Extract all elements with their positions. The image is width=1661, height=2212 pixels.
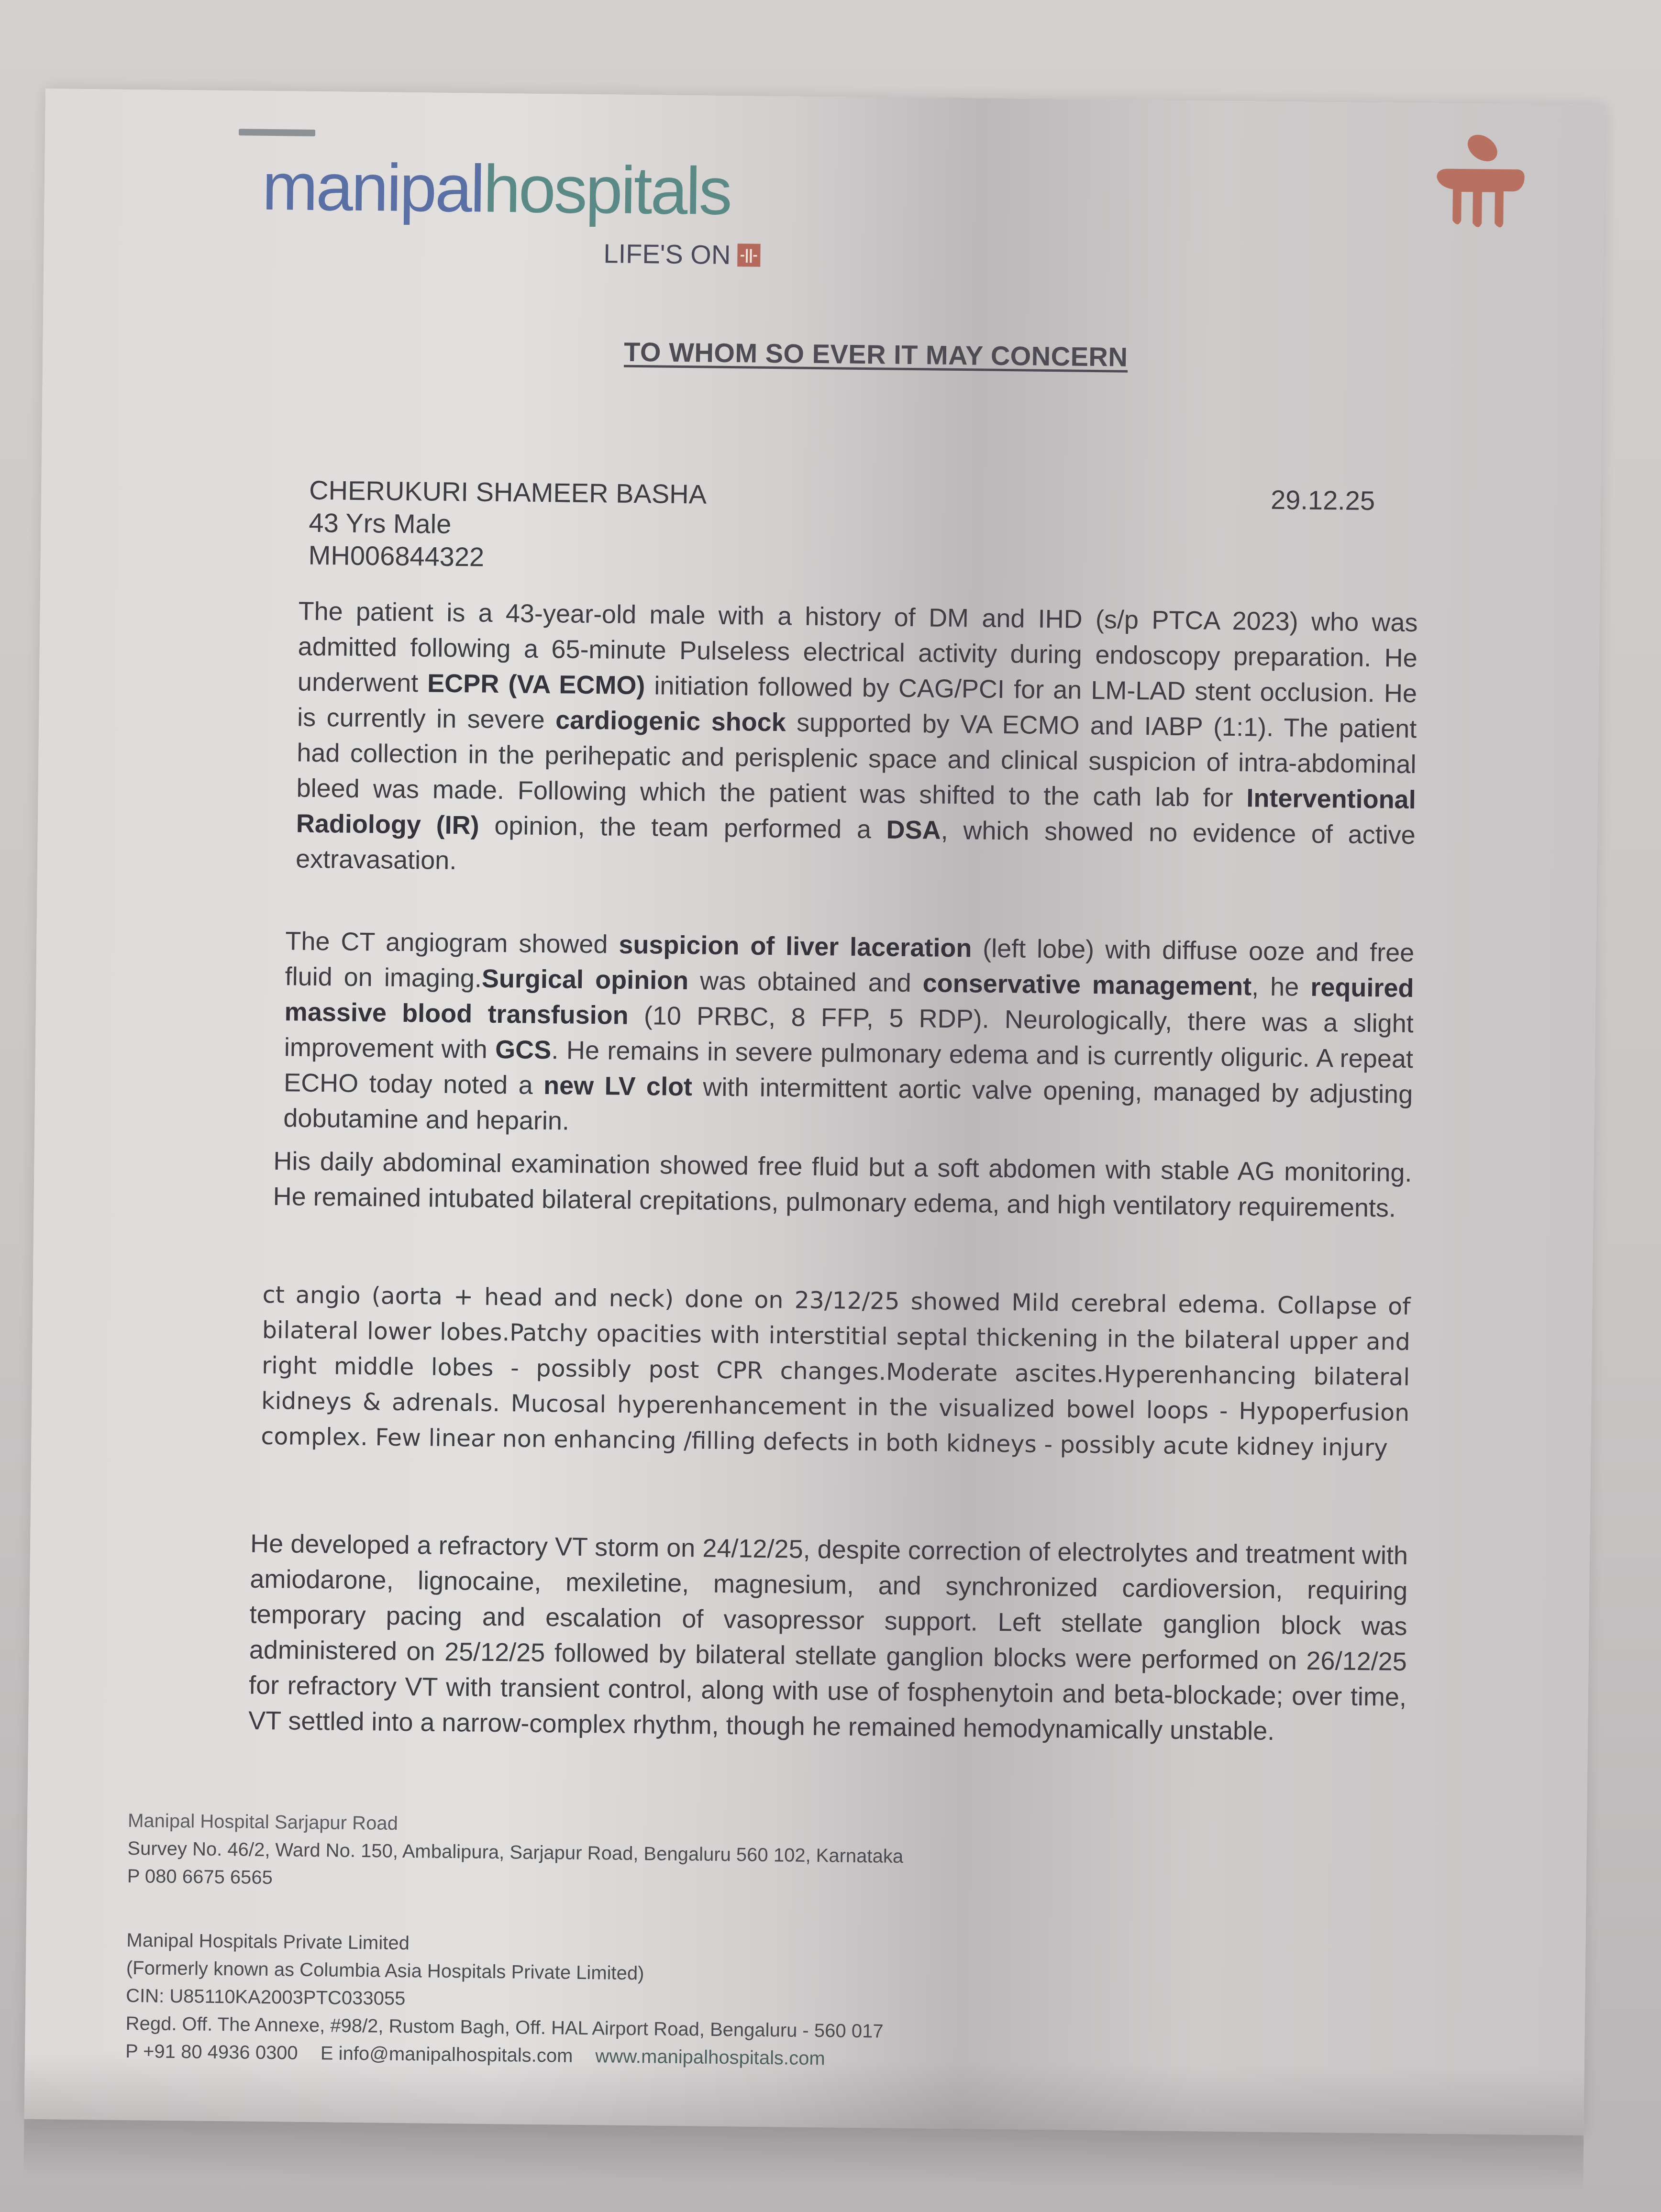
paragraph-abdominal-exam: His daily abdominal examination showed f… <box>273 1143 1412 1226</box>
patient-id: MH006844322 <box>308 539 706 576</box>
logo-accent-bar <box>239 129 315 136</box>
brand-wordmark-part2: hospitals <box>483 151 731 229</box>
body-text: was obtained and <box>688 966 923 997</box>
paragraph-ct-angio-findings: ct angio (aorta + head and neck) done on… <box>261 1277 1411 1466</box>
company-email-link[interactable]: E info@manipalhospitals.com <box>321 2043 573 2067</box>
brand-tagline: LIFE'S ON -||- <box>603 238 761 270</box>
emphasis-text: ECPR (VA ECMO) <box>427 669 645 700</box>
emphasis-text: DSA <box>886 815 941 844</box>
emphasis-text: GCS <box>495 1035 552 1064</box>
heartbeat-badge-icon: -||- <box>737 243 761 267</box>
body-text: opinion, the team performed a <box>479 811 886 844</box>
emphasis-text: cardiogenic shock <box>555 706 786 737</box>
letter-page: manipalhospitals LIFE'S ON -||- TO WHOM … <box>24 88 1605 2135</box>
patient-details: CHERUKURI SHAMEER BASHA 43 Yrs Male MH00… <box>308 474 707 576</box>
emphasis-text: new LV clot <box>543 1071 692 1101</box>
patient-name: CHERUKURI SHAMEER BASHA <box>309 474 707 511</box>
emphasis-text: suspicion of liver laceration <box>619 930 972 963</box>
company-phone: P +91 80 4936 0300 <box>125 2041 298 2064</box>
body-text: , he <box>1251 973 1311 1002</box>
tagline-text: LIFE'S ON <box>603 238 731 270</box>
letter-date: 29.12.25 <box>1271 484 1375 516</box>
body-text: His daily abdominal examination showed f… <box>273 1147 1412 1223</box>
letter-heading: TO WHOM SO EVER IT MAY CONCERN <box>624 336 1128 373</box>
brand-wordmark: manipalhospitals <box>262 153 731 225</box>
body-text: He developed a refractory VT storm on 24… <box>248 1529 1408 1746</box>
patient-age-sex: 43 Yrs Male <box>309 507 706 543</box>
footer-branch-address: Manipal Hospital Sarjapur Road Survey No… <box>127 1807 904 1898</box>
paragraph-clinical-summary: The patient is a 43-year-old male with a… <box>296 594 1418 888</box>
manipal-emblem-icon <box>1422 124 1533 235</box>
emphasis-text: conservative management <box>922 969 1251 1001</box>
brand-wordmark-part1: manipal <box>262 149 484 226</box>
company-website-link[interactable]: www.manipalhospitals.com <box>595 2046 825 2069</box>
emphasis-text: Surgical opinion <box>482 964 689 995</box>
body-text: The CT angiogram showed <box>285 927 619 959</box>
body-text: ct angio (aorta + head and neck) done on… <box>261 1281 1411 1462</box>
footer-company-info: Manipal Hospitals Private Limited (Forme… <box>125 1926 885 2073</box>
paragraph-vt-storm: He developed a refractory VT storm on 24… <box>248 1526 1408 1750</box>
paragraph-ct-angiogram: The CT angiogram showed suspicion of liv… <box>283 923 1415 1148</box>
